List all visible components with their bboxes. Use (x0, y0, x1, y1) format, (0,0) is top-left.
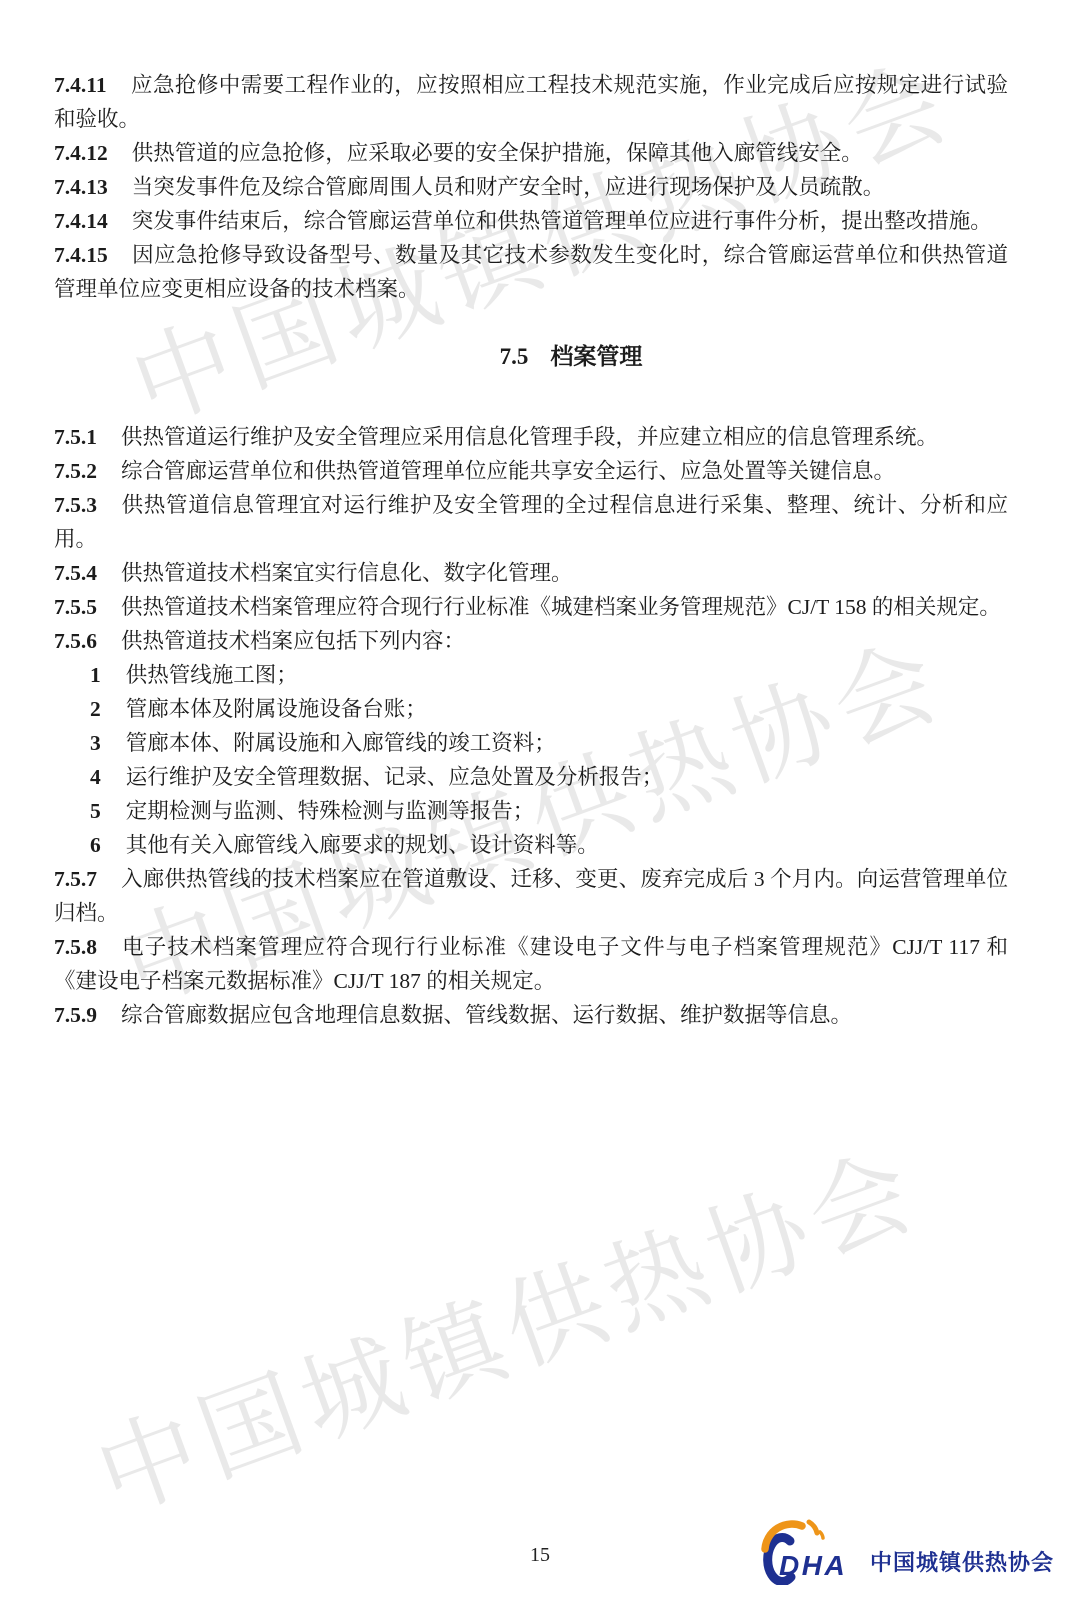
document-content: 7.4.11应急抢修中需要工程作业的，应按照相应工程技术规范实施，作业完成后应按… (0, 0, 1080, 1032)
clause-text: 供热管道技术档案宜实行信息化、数字化管理。 (121, 561, 573, 585)
clause-7-4-14: 7.4.14突发事件结束后，综合管廊运营单位和供热管道管理单位应进行事件分析，提… (54, 204, 1008, 238)
clause-text: 供热管道运行维护及安全管理应采用信息化管理手段，并应建立相应的信息管理系统。 (121, 425, 938, 449)
subitem-2: 2管廊本体及附属设施设备台账； (54, 692, 1008, 726)
section-heading-title: 档案管理 (550, 344, 642, 369)
subitem-number: 2 (90, 697, 101, 721)
subitem-4: 4运行维护及安全管理数据、记录、应急处置及分析报告； (54, 760, 1008, 794)
watermark-text: 中国城镇供热协会 (74, 1110, 935, 1541)
subitem-text: 供热管线施工图； (126, 663, 298, 687)
clause-7-5-4: 7.5.4供热管道技术档案宜实行信息化、数字化管理。 (54, 556, 1008, 590)
clause-7-5-2: 7.5.2综合管廊运营单位和供热管道管理单位应能共享安全运行、应急处置等关键信息… (54, 454, 1008, 488)
clause-number: 7.5.1 (54, 425, 97, 449)
clause-text: 突发事件结束后，综合管廊运营单位和供热管道管理单位应进行事件分析，提出整改措施。 (132, 209, 992, 233)
clause-7-5-6: 7.5.6供热管道技术档案应包括下列内容： (54, 624, 1008, 658)
clause-number: 7.4.11 (54, 73, 107, 97)
clause-text: 供热管道技术档案管理应符合现行行业标准《城建档案业务管理规范》CJ/T 158 … (121, 595, 1001, 619)
clause-7-4-11: 7.4.11应急抢修中需要工程作业的，应按照相应工程技术规范实施，作业完成后应按… (54, 68, 1008, 136)
clause-text: 入廊供热管线的技术档案应在管道敷设、迁移、变更、废弃完成后 3 个月内。向运营管… (54, 867, 1008, 925)
subitem-text: 管廊本体、附属设施和入廊管线的竣工资料； (126, 731, 556, 755)
association-logo: DHA 中国城镇供热协会 (757, 1513, 1054, 1585)
subitem-text: 定期检测与监测、特殊检测与监测等报告； (126, 799, 535, 823)
clause-7-5-3: 7.5.3供热管道信息管理宜对运行维护及安全管理的全过程信息进行采集、整理、统计… (54, 488, 1008, 556)
subitem-text: 其他有关入廊管线入廊要求的规划、设计资料等。 (126, 833, 599, 857)
logo-wave-tick-icon (809, 1522, 817, 1533)
logo-wave-tick-small-icon (820, 1532, 823, 1538)
clause-7-4-12: 7.4.12供热管道的应急抢修，应采取必要的安全保护措施，保障其他入廊管线安全。 (54, 136, 1008, 170)
clause-text: 应急抢修中需要工程作业的，应按照相应工程技术规范实施，作业完成后应按规定进行试验… (54, 73, 1008, 131)
dha-logo-icon: DHA (757, 1513, 857, 1585)
clause-text: 供热管道信息管理宜对运行维护及安全管理的全过程信息进行采集、整理、统计、分析和应… (54, 493, 1008, 551)
clause-number: 7.4.13 (54, 175, 108, 199)
subitem-1: 1供热管线施工图； (54, 658, 1008, 692)
subitem-number: 1 (90, 663, 101, 687)
clause-number: 7.4.14 (54, 209, 108, 233)
subitem-number: 4 (90, 765, 101, 789)
clause-number: 7.5.3 (54, 493, 97, 517)
clause-text: 因应急抢修导致设备型号、数量及其它技术参数发生变化时，综合管廊运营单位和供热管道… (54, 243, 1008, 301)
subitem-text: 管廊本体及附属设施设备台账； (126, 697, 427, 721)
clause-7-5-1: 7.5.1供热管道运行维护及安全管理应采用信息化管理手段，并应建立相应的信息管理… (54, 420, 1008, 454)
clause-number: 7.4.12 (54, 141, 108, 165)
subitem-5: 5定期检测与监测、特殊检测与监测等报告； (54, 794, 1008, 828)
clause-7-5-7: 7.5.7入廊供热管线的技术档案应在管道敷设、迁移、变更、废弃完成后 3 个月内… (54, 862, 1008, 930)
document-page: 中国城镇供热协会 中国城镇供热协会 中国城镇供热协会 7.4.11应急抢修中需要… (0, 0, 1080, 1607)
subitem-number: 3 (90, 731, 101, 755)
section-heading: 7.5档案管理 (94, 340, 1048, 374)
clause-number: 7.5.5 (54, 595, 97, 619)
clause-number: 7.5.9 (54, 1003, 97, 1027)
clause-7-5-9: 7.5.9综合管廊数据应包含地理信息数据、管线数据、运行数据、维护数据等信息。 (54, 998, 1008, 1032)
clause-number: 7.5.7 (54, 867, 97, 891)
subitem-text: 运行维护及安全管理数据、记录、应急处置及分析报告； (126, 765, 664, 789)
clause-7-4-15: 7.4.15因应急抢修导致设备型号、数量及其它技术参数发生变化时，综合管廊运营单… (54, 238, 1008, 306)
clause-text: 电子技术档案管理应符合现行行业标准《建设电子文件与电子档案管理规范》CJJ/T … (54, 935, 1008, 993)
clause-text: 当突发事件危及综合管廊周围人员和财产安全时，应进行现场保护及人员疏散。 (132, 175, 885, 199)
clause-number: 7.5.2 (54, 459, 97, 483)
section-heading-number: 7.5 (500, 344, 529, 369)
logo-org-name: 中国城镇供热协会 (870, 1546, 1054, 1585)
logo-abbr: DHA (779, 1550, 847, 1581)
clause-text: 综合管廊运营单位和供热管道管理单位应能共享安全运行、应急处置等关键信息。 (121, 459, 895, 483)
clause-number: 7.4.15 (54, 243, 108, 267)
subitem-number: 6 (90, 833, 101, 857)
subitem-3: 3管廊本体、附属设施和入廊管线的竣工资料； (54, 726, 1008, 760)
subitem-6: 6其他有关入廊管线入廊要求的规划、设计资料等。 (54, 828, 1008, 862)
clause-7-5-5: 7.5.5供热管道技术档案管理应符合现行行业标准《城建档案业务管理规范》CJ/T… (54, 590, 1008, 624)
subitem-number: 5 (90, 799, 101, 823)
clause-number: 7.5.4 (54, 561, 97, 585)
clause-text: 供热管道技术档案应包括下列内容： (121, 629, 465, 653)
clause-7-5-8: 7.5.8电子技术档案管理应符合现行行业标准《建设电子文件与电子档案管理规范》C… (54, 930, 1008, 998)
clause-number: 7.5.6 (54, 629, 97, 653)
clause-text: 综合管廊数据应包含地理信息数据、管线数据、运行数据、维护数据等信息。 (121, 1003, 852, 1027)
clause-7-4-13: 7.4.13当突发事件危及综合管廊周围人员和财产安全时，应进行现场保护及人员疏散… (54, 170, 1008, 204)
clause-number: 7.5.8 (54, 935, 97, 959)
clause-text: 供热管道的应急抢修，应采取必要的安全保护措施，保障其他入廊管线安全。 (132, 141, 863, 165)
